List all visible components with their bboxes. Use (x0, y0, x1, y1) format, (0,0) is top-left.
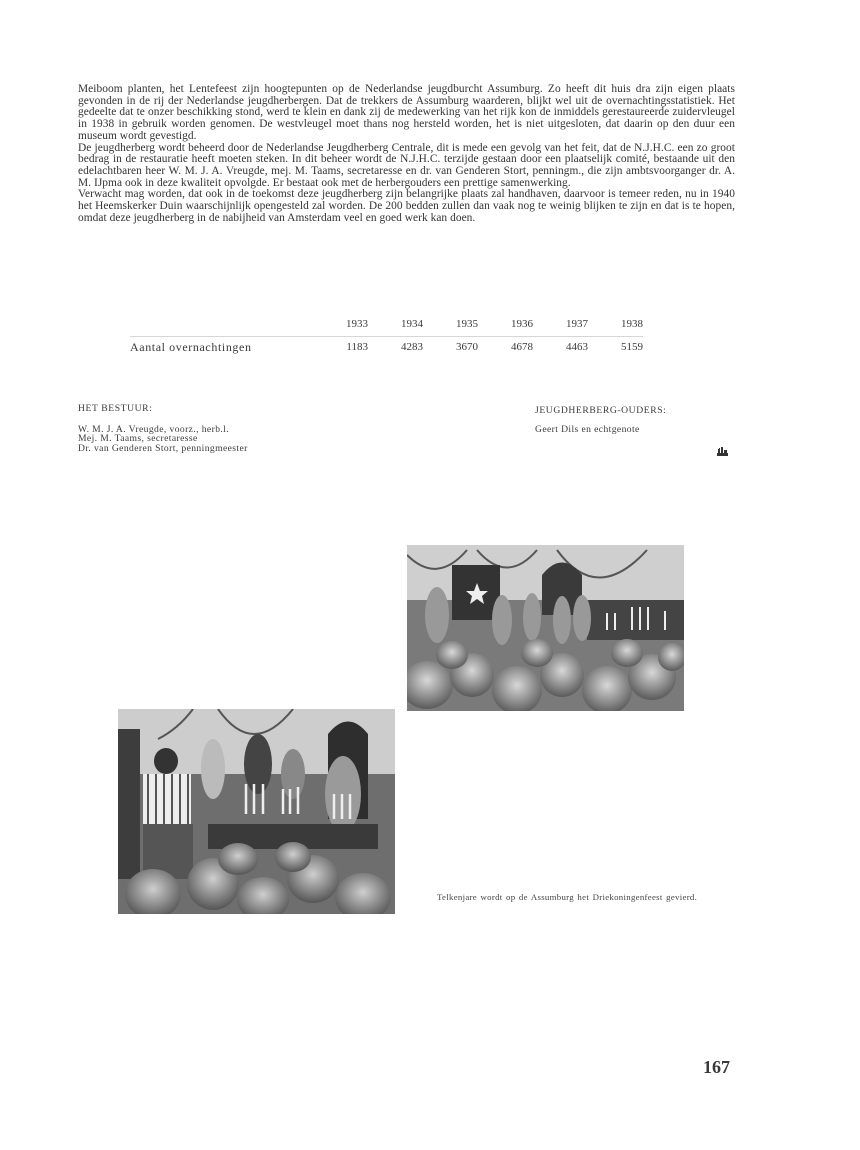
njhc-emblem-icon (717, 447, 728, 456)
photo-image (407, 545, 684, 711)
stats-corner (130, 318, 313, 337)
paragraph: Verwacht mag worden, dat ook in de toeko… (78, 189, 735, 224)
year-header: 1938 (588, 318, 643, 337)
page-number: 167 (703, 1057, 730, 1078)
paragraph: Meiboom planten, het Lentefeest zijn hoo… (78, 84, 735, 143)
hostel-parents-names: Geert Dils en echtgenote (535, 424, 666, 435)
article-body: Meiboom planten, het Lentefeest zijn hoo… (78, 84, 735, 224)
photo-stage-performers (407, 545, 684, 711)
stats-value: 5159 (588, 337, 643, 358)
board-member: Dr. van Genderen Stort, penningmeester (78, 444, 248, 454)
year-header: 1936 (478, 318, 533, 337)
board-heading: HET BESTUUR: (78, 404, 248, 414)
stats-header-row: 1933 1934 1935 1936 1937 1938 (130, 318, 643, 337)
year-header: 1933 (313, 318, 368, 337)
stats-value: 4463 (533, 337, 588, 358)
board-section: HET BESTUUR: W. M. J. A. Vreugde, voorz.… (78, 404, 248, 453)
hostel-parents-heading: JEUGDHERBERG-OUDERS: (535, 405, 666, 416)
stats-value: 1183 (313, 337, 368, 358)
year-header: 1935 (423, 318, 478, 337)
year-header: 1934 (368, 318, 423, 337)
year-header: 1937 (533, 318, 588, 337)
paragraph: De jeugdherberg wordt beheerd door de Ne… (78, 143, 735, 190)
stats-value: 3670 (423, 337, 478, 358)
photo-caption: Telkenjare wordt op de Assumburg het Dri… (437, 893, 737, 902)
stats-data-row: Aantal overnachtingen 1183 4283 3670 467… (130, 337, 643, 358)
photo-seated-performers (118, 709, 395, 914)
hostel-parents-section: JEUGDHERBERG-OUDERS: Geert Dils en echtg… (535, 405, 666, 435)
stats-value: 4283 (368, 337, 423, 358)
photo-image (118, 709, 395, 914)
stats-row-label: Aantal overnachtingen (130, 337, 313, 358)
stats-value: 4678 (478, 337, 533, 358)
overnight-stats-table: 1933 1934 1935 1936 1937 1938 Aantal ove… (130, 318, 643, 357)
